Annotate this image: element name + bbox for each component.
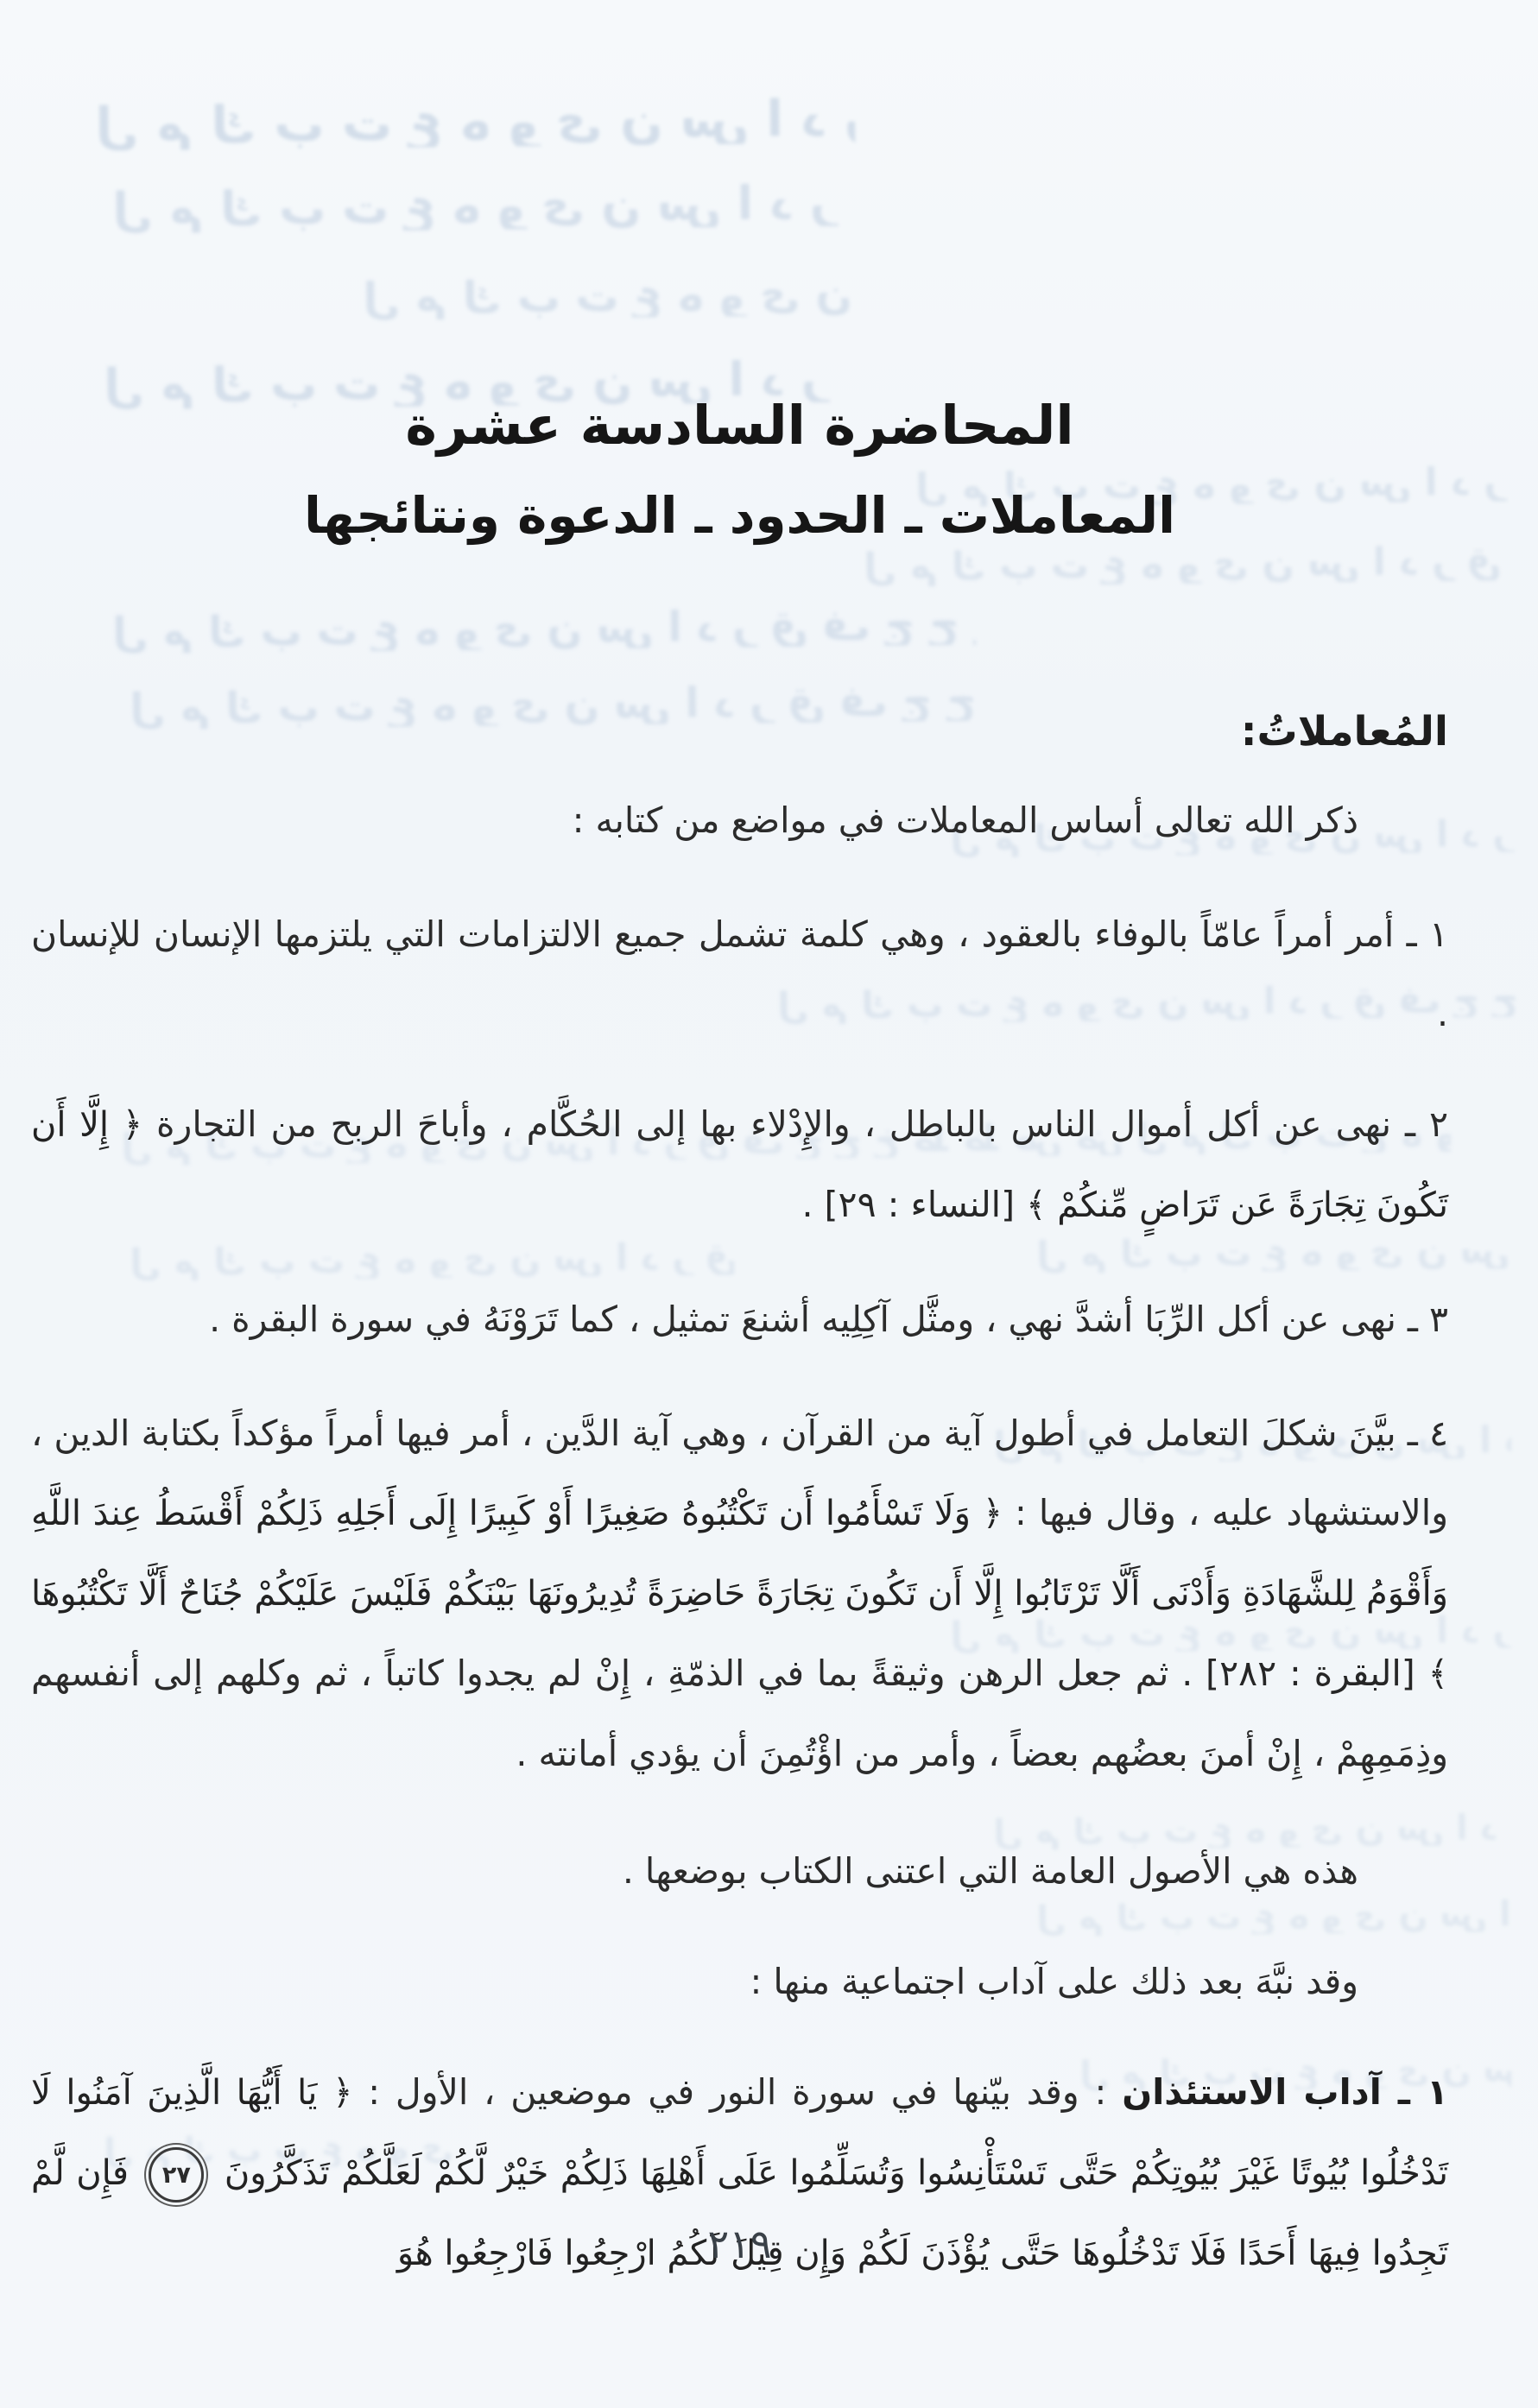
verse-reference-baqara: [البقرة : ٢٨٢] . bbox=[1168, 1653, 1427, 1694]
paragraph-conclusion-1: هذه هي الأصول العامة التي اعتنى الكتاب ب… bbox=[31, 1831, 1448, 1911]
bleedthrough-text: ل م ك ب ت ع ه و ي ن س ا د ر ق ف ج ح خ ط … bbox=[95, 92, 856, 150]
verse-reference-nisa: [النساء : ٢٩] . bbox=[801, 1184, 1026, 1225]
page-number: ٢١٩ bbox=[31, 2221, 1448, 2267]
point-2-text: ٢ ـ نهى عن أكل أموال الناس بالباطل ، وال… bbox=[142, 1103, 1448, 1145]
verse-number-ornament: ٢٧ bbox=[149, 2147, 204, 2203]
bleedthrough-text: ل م ك ب ت ع ه و ي ن س ا د ر ق ف ج ح خ ط … bbox=[363, 272, 864, 320]
lecture-title-line1: المحاضرة السادسة عشرة bbox=[31, 399, 1448, 452]
lecture-title: المحاضرة السادسة عشرة المعاملات ـ الحدود… bbox=[31, 399, 1448, 540]
etiquette-heading: ١ ـ آداب الاستئذان bbox=[1122, 2071, 1448, 2113]
paragraph-point-4: ٤ ـ بيَّنَ شكلَ التعامل في أطول آية من ا… bbox=[31, 1394, 1448, 1793]
bleedthrough-text: ل م ك ب ت ع ه و ي ن س ا د ر ق ف ج ح خ ط … bbox=[112, 604, 976, 654]
bleedthrough-text: ل م ك ب ت ع ه و ي ن س ا د ر ق ف ج ح خ ط … bbox=[112, 179, 856, 233]
paragraph-point-1: ١ ـ أمر أمراً عامّاً بالوفاء بالعقود ، و… bbox=[31, 894, 1448, 1053]
paragraph-intro: ذكر الله تعالى أساس المعاملات في مواضع م… bbox=[31, 781, 1448, 860]
lecture-title-line2: المعاملات ـ الحدود ـ الدعوة ونتائجها bbox=[31, 490, 1448, 540]
page-body: المُعاملاتُ: ذكر الله تعالى أساس المعامل… bbox=[31, 705, 1448, 2293]
paragraph-point-2: ٢ ـ نهى عن أكل أموال الناس بالباطل ، وال… bbox=[31, 1084, 1448, 1245]
paragraph-point-3: ٣ ـ نهى عن أكل الرِّبَا أشدَّ نهي ، ومثَ… bbox=[31, 1280, 1448, 1359]
etiquette-text: : وقد بيّنها في سورة النور في موضعين ، ا… bbox=[352, 2071, 1122, 2113]
paragraph-conclusion-2: وقد نبَّهَ بعد ذلك على آداب اجتماعية منه… bbox=[31, 1942, 1448, 2021]
scanned-book-page: ل م ك ب ت ع ه و ي ن س ا د ر ق ف ج ح خ ط … bbox=[0, 0, 1538, 2408]
bleedthrough-text: ل م ك ب ت ع ه و ي ن س ا د ر ق ف ج ح خ ط … bbox=[864, 542, 1511, 587]
section-heading-muamalat: المُعاملاتُ: bbox=[31, 705, 1448, 760]
